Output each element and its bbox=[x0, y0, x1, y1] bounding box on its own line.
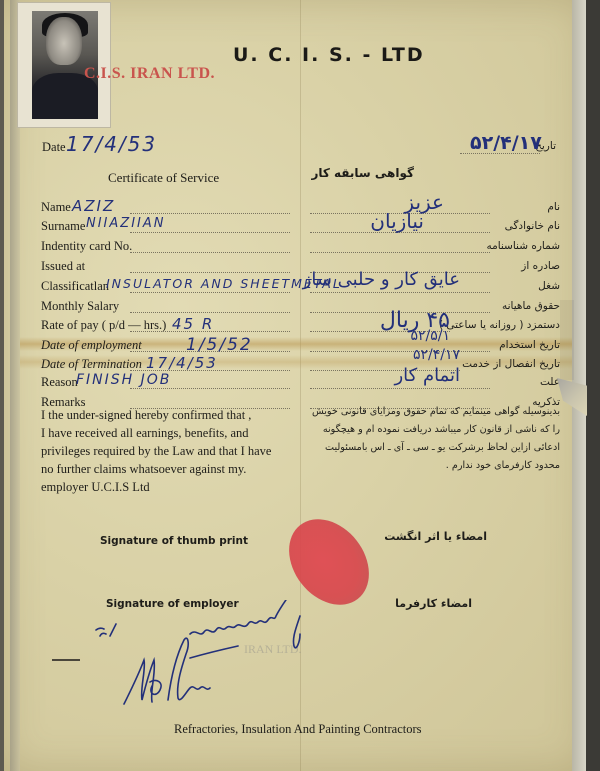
company-title: U. C. I. S. - LTD bbox=[233, 44, 425, 66]
field-label-fa: تاریخ انفصال از خدمت bbox=[462, 358, 560, 370]
field-label: Name bbox=[41, 200, 71, 215]
field-line bbox=[130, 292, 290, 293]
statement-line: employer U.C.I.S Ltd bbox=[41, 478, 311, 496]
footer-tagline: Refractories, Insulation And Painting Co… bbox=[174, 722, 422, 737]
field-label-fa: صادره از bbox=[521, 260, 560, 272]
statement-line-fa: بدینوسیله گواهی مینمایم که تمام حقوق ومز… bbox=[320, 403, 560, 421]
field-line bbox=[130, 213, 290, 214]
field-value: NIIAZIIAN bbox=[86, 216, 165, 231]
date-value: 17/4/53 bbox=[66, 132, 157, 156]
field-label-fa: نام bbox=[547, 201, 560, 213]
field-value: 1/5/52 bbox=[186, 335, 253, 355]
thumb-print-label-fa: امضاء یا اثر انگشت bbox=[384, 530, 487, 543]
field-line bbox=[130, 252, 290, 253]
field-value: 45 R bbox=[172, 315, 214, 333]
field-label-fa: دستمزد ( روزانه یا ساعتی ) bbox=[439, 319, 560, 331]
field-label-fa: حقوق ماهیانه bbox=[502, 300, 560, 312]
field-line bbox=[130, 388, 290, 389]
date-label: Date bbox=[42, 140, 66, 155]
field-value-fa: نیازیان bbox=[370, 209, 424, 233]
field-label-fa: شغل bbox=[538, 280, 560, 292]
field-label-fa: تاریخ استخدام bbox=[499, 339, 560, 351]
certificate-title-fa: گواهی سابقه کار bbox=[311, 166, 414, 180]
field-label: Date of Termination bbox=[41, 357, 142, 372]
certificate-title: Certificate of Service bbox=[108, 170, 219, 186]
field-line bbox=[130, 272, 290, 273]
field-line bbox=[130, 232, 290, 233]
statement-line: privileges required by the Law and that … bbox=[41, 442, 311, 460]
statement-line-fa: محدود کارفرمای خود ندارم . bbox=[320, 457, 560, 475]
field-value-fa: ۵۲/۴/۱۷ bbox=[413, 347, 460, 363]
field-value-fa: ۵۲/۵/۱ bbox=[410, 328, 450, 344]
field-line-fa bbox=[310, 351, 490, 352]
field-value-fa: اتمام کار bbox=[394, 365, 460, 386]
field-label: Issued at bbox=[41, 259, 85, 274]
field-label-fa: علت bbox=[540, 376, 560, 388]
field-label-fa: شماره شناسنامه bbox=[486, 240, 560, 252]
statement-line: no further claims whatsoever against my. bbox=[41, 460, 311, 478]
statement-fa: بدینوسیله گواهی مینمایم که تمام حقوق ومز… bbox=[320, 403, 560, 475]
statement-line: I the under-signed hereby confirmed that… bbox=[41, 406, 311, 424]
field-line bbox=[130, 312, 290, 313]
field-value: 17/4/53 bbox=[146, 354, 218, 372]
field-line-fa bbox=[310, 252, 490, 253]
field-label: Reason bbox=[41, 375, 78, 390]
field-value: AZIZ bbox=[72, 197, 115, 215]
date-value-fa: ۵۲/۴/۱۷ bbox=[470, 132, 542, 154]
field-value-fa: عایق کار و حلبی ساز bbox=[303, 269, 460, 290]
field-label: Indentity card No. bbox=[41, 239, 132, 254]
statement-line: I have received all earnings, benefits, … bbox=[41, 424, 311, 442]
field-label: Classificatlan bbox=[41, 279, 109, 294]
field-label-fa: نام خانوادگی bbox=[505, 220, 560, 232]
statement-en: I the under-signed hereby confirmed that… bbox=[41, 406, 311, 496]
statement-line-fa: را که ناشی از قانون کار میباشد دریافت نم… bbox=[320, 421, 560, 439]
statement-line-fa: ادعائی ازاین لحاظ برشرکت یو ـ سی ـ آی ـ … bbox=[320, 439, 560, 457]
field-label: Surname bbox=[41, 219, 85, 234]
company-stamp-red: C.I.S. IRAN LTD. bbox=[84, 65, 215, 83]
field-value: FINISH JOB bbox=[76, 372, 171, 388]
field-line-fa bbox=[310, 388, 490, 389]
thumb-print-label: Signature of thumb print bbox=[100, 535, 248, 547]
field-line-fa bbox=[310, 292, 490, 293]
employer-signature bbox=[0, 600, 600, 720]
field-label: Date of employment bbox=[41, 338, 142, 353]
field-label: Monthly Salary bbox=[41, 299, 119, 314]
